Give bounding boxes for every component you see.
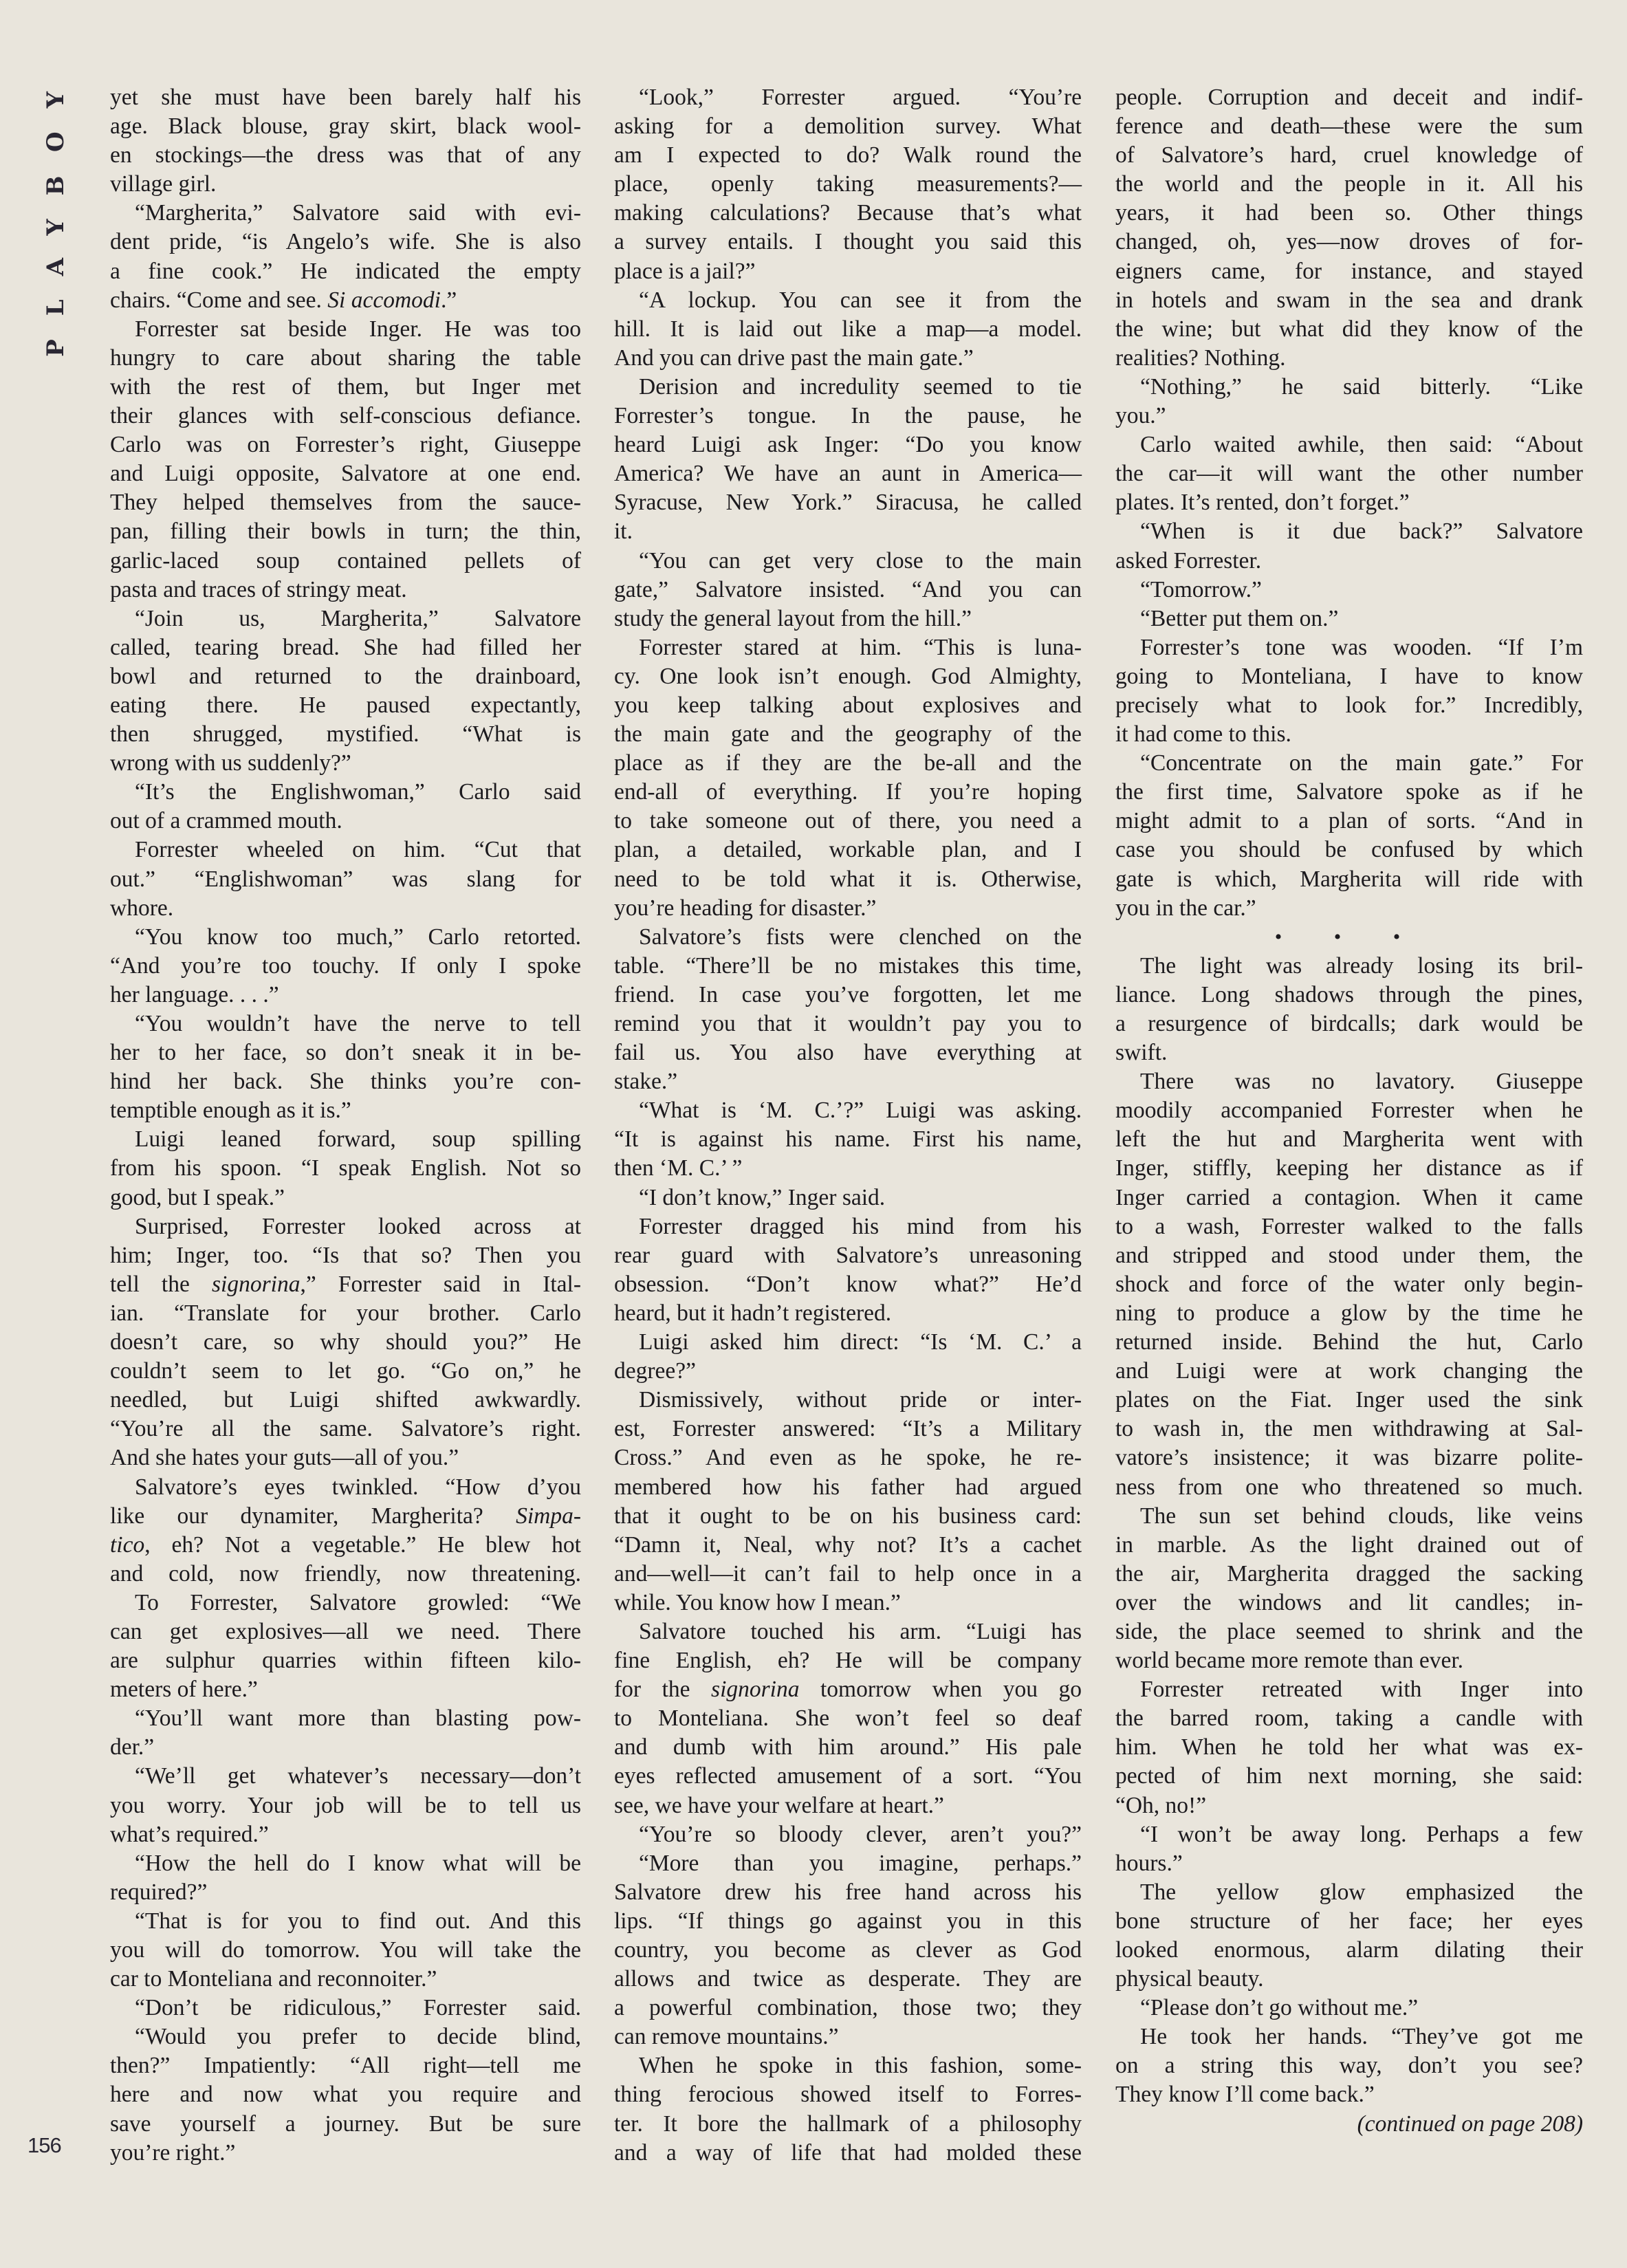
text-line: you worry. Your job will be to tell us [110, 1791, 581, 1820]
text-line: ness from one who threatened so much. [1115, 1473, 1583, 1502]
text-line: Inger carried a contagion. When it came [1115, 1184, 1583, 1212]
text-line: people. Corruption and deceit and indif- [1115, 83, 1583, 112]
text-line: their glances with self-conscious defian… [110, 402, 581, 430]
text-line: while. You know how I mean.” [614, 1589, 1082, 1617]
text-line: the first time, Salvatore spoke as if he [1115, 778, 1583, 807]
text-line: “It’s the Englishwoman,” Carlo said [110, 778, 581, 807]
text-line: “We’ll get whatever’s necessary—don’t [110, 1762, 581, 1791]
text-line: garlic-laced soup contained pellets of [110, 547, 581, 576]
text-line: “And you’re too touchy. If only I spoke [110, 952, 581, 981]
text-line: Forrester dragged his mind from his [614, 1212, 1082, 1241]
text-line: village girl. [110, 170, 581, 199]
text-line: plan, a detailed, workable plan, and I [614, 836, 1082, 864]
text-line: and stripped and stood under them, the [1115, 1241, 1583, 1270]
text-line: And she hates your guts—all of you.” [110, 1443, 581, 1472]
text-line: Dismissively, without pride or inter- [614, 1386, 1082, 1415]
text-line: “It is against his name. First his name, [614, 1125, 1082, 1154]
text-line: physical beauty. [1115, 1965, 1583, 1994]
text-line: heard, but it hadn’t registered. [614, 1299, 1082, 1328]
text-line: Cross.” And even as he spoke, he re- [614, 1443, 1082, 1472]
text-line: Forrester wheeled on him. “Cut that [110, 836, 581, 864]
text-line: asked Forrester. [1115, 547, 1583, 576]
article-column-3: people. Corruption and deceit and indif-… [1115, 83, 1583, 2139]
text-line: place is a jail?” [614, 257, 1082, 286]
text-line: good, but I speak.” [110, 1184, 581, 1212]
text-line: you in the car.” [1115, 894, 1583, 923]
text-line: pan, filling their bowls in turn; the th… [110, 517, 581, 546]
text-line: He took her hands. “They’ve got me [1115, 2022, 1583, 2051]
text-line: place as if they are the be-all and the [614, 749, 1082, 778]
text-line: the barred room, taking a candle with [1115, 1704, 1583, 1733]
text-line: ian. “Translate for your brother. Carlo [110, 1299, 581, 1328]
text-line: hind her back. She thinks you’re con- [110, 1067, 581, 1096]
text-line: and Luigi were at work changing the [1115, 1357, 1583, 1386]
text-line: and cold, now friendly, now threatening. [110, 1560, 581, 1589]
text-line: “That is for you to find out. And this [110, 1907, 581, 1936]
text-line: going to Monteliana, I have to know [1115, 662, 1583, 691]
text-line: him; Inger, too. “Is that so? Then you [110, 1241, 581, 1270]
text-line: degree?” [614, 1357, 1082, 1386]
text-line: then ‘M. C.’ ” [614, 1154, 1082, 1183]
text-line: hill. It is laid out like a map—a model. [614, 315, 1082, 344]
text-line: en stockings—the dress was that of any [110, 141, 581, 170]
text-line: you’re heading for disaster.” [614, 894, 1082, 923]
text-line: “You can get very close to the main [614, 547, 1082, 576]
text-line: “You’re so bloody clever, aren’t you?” [614, 1820, 1082, 1849]
text-line: from his spoon. “I speak English. Not so [110, 1154, 581, 1183]
text-line: doesn’t care, so why should you?” He [110, 1328, 581, 1357]
text-line: “Tomorrow.” [1115, 576, 1583, 604]
text-line: der.” [110, 1733, 581, 1762]
text-line: realities? Nothing. [1115, 344, 1583, 373]
text-line: Luigi asked him direct: “Is ‘M. C.’ a [614, 1328, 1082, 1357]
text-line: a fine cook.” He indicated the empty [110, 257, 581, 286]
text-line: in hotels and swam in the sea and drank [1115, 286, 1583, 315]
text-line: and dumb with him around.” His pale [614, 1733, 1082, 1762]
text-line: shock and force of the water only begin- [1115, 1270, 1583, 1299]
text-line: and—well—it can’t fail to help once in a [614, 1560, 1082, 1589]
text-line: tico, eh? Not a vegetable.” He blew hot [110, 1531, 581, 1560]
text-line: membered how his father had argued [614, 1473, 1082, 1502]
text-line: her language. . . .” [110, 981, 581, 1010]
text-line: “You know too much,” Carlo retorted. [110, 923, 581, 952]
text-line: Forrester retreated with Inger into [1115, 1675, 1583, 1704]
text-line: case you should be confused by which [1115, 836, 1583, 864]
text-line: dent pride, “is Angelo’s wife. She is al… [110, 228, 581, 257]
text-line: stake.” [614, 1067, 1082, 1096]
text-line: world became more remote than ever. [1115, 1646, 1583, 1675]
text-line: needled, but Luigi shifted awkwardly. [110, 1386, 581, 1415]
text-line: tell the signorina,” Forrester said in I… [110, 1270, 581, 1299]
text-line: precisely what to look for.” Incredibly, [1115, 691, 1583, 720]
text-line: temptible enough as it is.” [110, 1096, 581, 1125]
text-line: They know I’ll come back.” [1115, 2080, 1583, 2109]
text-line: it had come to this. [1115, 720, 1583, 749]
text-line: hungry to care about sharing the table [110, 344, 581, 373]
text-line: Derision and incredulity seemed to tie [614, 373, 1082, 402]
text-line: the car—it will want the other number [1115, 459, 1583, 488]
text-line: “Nothing,” he said bitterly. “Like [1115, 373, 1583, 402]
text-line: Carlo waited awhile, then said: “About [1115, 430, 1583, 459]
text-line: asking for a demolition survey. What [614, 112, 1082, 141]
text-line: like our dynamiter, Margherita? Simpa- [110, 1502, 581, 1531]
text-line: “I won’t be away long. Perhaps a few [1115, 1820, 1583, 1849]
article-column-2: “Look,” Forrester argued. “You’reasking … [614, 83, 1082, 2168]
text-line: called, tearing bread. She had filled he… [110, 633, 581, 662]
continued-note: (continued on page 208) [1115, 2110, 1583, 2139]
text-line: The sun set behind clouds, like veins [1115, 1502, 1583, 1531]
text-line: of Salvatore’s hard, cruel knowledge of [1115, 141, 1583, 170]
text-line: need to be told what it is. Otherwise, [614, 865, 1082, 894]
text-line: are sulphur quarries within fifteen kilo… [110, 1646, 581, 1675]
text-line: her to her face, so don’t sneak it in be… [110, 1038, 581, 1067]
text-line: can get explosives—all we need. There [110, 1617, 581, 1646]
text-line: country, you become as clever as God [614, 1936, 1082, 1965]
text-line: required?” [110, 1878, 581, 1907]
text-line: Salvatore’s fists were clenched on the [614, 923, 1082, 952]
text-line: to Monteliana. She won’t feel so deaf [614, 1704, 1082, 1733]
text-line: am I expected to do? Walk round the [614, 141, 1082, 170]
text-line: gate is which, Margherita will ride with [1115, 865, 1583, 894]
text-line: Forrester’s tongue. In the pause, he [614, 402, 1082, 430]
text-line: The yellow glow emphasized the [1115, 1878, 1583, 1907]
text-line: remind you that it wouldn’t pay you to [614, 1010, 1082, 1038]
text-line: Luigi leaned forward, soup spilling [110, 1125, 581, 1154]
text-line: Forrester stared at him. “This is luna- [614, 633, 1082, 662]
text-line: And you can drive past the main gate.” [614, 344, 1082, 373]
text-line: America? We have an aunt in America— [614, 459, 1082, 488]
text-line: it. [614, 517, 1082, 546]
text-line: out.” “Englishwoman” was slang for [110, 865, 581, 894]
text-line: “You wouldn’t have the nerve to tell [110, 1010, 581, 1038]
text-line: to take someone out of there, you need a [614, 807, 1082, 836]
text-line: ning to produce a glow by the time he [1115, 1299, 1583, 1328]
text-line: allows and twice as desperate. They are [614, 1965, 1082, 1994]
text-line: over the windows and lit candles; in- [1115, 1589, 1583, 1617]
text-line: bone structure of her face; her eyes [1115, 1907, 1583, 1936]
text-line: eigners came, for instance, and stayed [1115, 257, 1583, 286]
text-line: “Please don’t go without me.” [1115, 1994, 1583, 2022]
text-line: and a way of life that had molded these [614, 2139, 1082, 2168]
text-line: here and now what you require and [110, 2080, 581, 2109]
text-line: save yourself a journey. But be sure [110, 2110, 581, 2139]
text-line: gate,” Salvatore insisted. “And you can [614, 576, 1082, 604]
text-line: liance. Long shadows through the pines, [1115, 981, 1583, 1010]
text-line: meters of here.” [110, 1675, 581, 1704]
text-line: bowl and returned to the drainboard, [110, 662, 581, 691]
text-line: “When is it due back?” Salvatore [1115, 517, 1583, 546]
text-line: and Luigi opposite, Salvatore at one end… [110, 459, 581, 488]
text-line: “You’ll want more than blasting pow- [110, 1704, 581, 1733]
text-line: Syracuse, New York.” Siracusa, he called [614, 488, 1082, 517]
text-line: what’s required.” [110, 1820, 581, 1849]
text-line: the wine; but what did they know of the [1115, 315, 1583, 344]
magazine-masthead: PLAYBOY [39, 85, 73, 340]
text-line: table. “There’ll be no mistakes this tim… [614, 952, 1082, 981]
text-line: left the hut and Margherita went with [1115, 1125, 1583, 1154]
text-line: see, we have your welfare at heart.” [614, 1791, 1082, 1820]
text-line: out of a crammed mouth. [110, 807, 581, 836]
text-line: changed, oh, yes—now droves of for- [1115, 228, 1583, 257]
text-line: They helped themselves from the sauce- [110, 488, 581, 517]
masthead-text: PLAYBOY [42, 68, 69, 357]
text-line: “Don’t be ridiculous,” Forrester said. [110, 1994, 581, 2022]
text-line: the air, Margherita dragged the sacking [1115, 1560, 1583, 1589]
text-line: fine English, eh? He will be company [614, 1646, 1082, 1675]
text-line: est, Forrester answered: “It’s a Militar… [614, 1415, 1082, 1443]
text-line: can remove mountains.” [614, 2022, 1082, 2051]
text-line: couldn’t seem to let go. “Go on,” he [110, 1357, 581, 1386]
text-line: Salvatore touched his arm. “Luigi has [614, 1617, 1082, 1646]
text-line: with the rest of them, but Inger met [110, 373, 581, 402]
text-line: whore. [110, 894, 581, 923]
text-line: “I don’t know,” Inger said. [614, 1184, 1082, 1212]
text-line: thing ferocious showed itself to Forres- [614, 2080, 1082, 2109]
text-line: plates on the Fiat. Inger used the sink [1115, 1386, 1583, 1415]
text-line: that it ought to be on his business card… [614, 1502, 1082, 1531]
text-line: Surprised, Forrester looked across at [110, 1212, 581, 1241]
text-line: Forrester sat beside Inger. He was too [110, 315, 581, 344]
text-line: cy. One look isn’t enough. God Almighty, [614, 662, 1082, 691]
text-line: yet she must have been barely half his [110, 83, 581, 112]
text-line: then?” Impatiently: “All right—tell me [110, 2051, 581, 2080]
text-line: returned inside. Behind the hut, Carlo [1115, 1328, 1583, 1357]
text-line: plates. It’s rented, don’t forget.” [1115, 488, 1583, 517]
text-line: Carlo was on Forrester’s right, Giuseppe [110, 430, 581, 459]
text-line: you.” [1115, 402, 1583, 430]
text-line: “A lockup. You can see it from the [614, 286, 1082, 315]
text-line: rear guard with Salvatore’s unreasoning [614, 1241, 1082, 1270]
text-line: on a string this way, don’t you see? [1115, 2051, 1583, 2080]
text-line: fail us. You also have everything at [614, 1038, 1082, 1067]
text-line: age. Black blouse, gray skirt, black woo… [110, 112, 581, 141]
text-line: wrong with us suddenly?” [110, 749, 581, 778]
text-line: “Margherita,” Salvatore said with evi- [110, 199, 581, 228]
text-line: pected of him next morning, she said: [1115, 1762, 1583, 1791]
text-line: chairs. “Come and see. Si accomodi.” [110, 286, 581, 315]
text-line: lips. “If things go against you in this [614, 1907, 1082, 1936]
text-line: years, it had been so. Other things [1115, 199, 1583, 228]
text-line: The light was already losing its bril- [1115, 952, 1583, 981]
page-number: 156 [28, 2133, 61, 2158]
text-line: “Would you prefer to decide blind, [110, 2022, 581, 2051]
text-line: obsession. “Don’t know what?” He’d [614, 1270, 1082, 1299]
text-line: end-all of everything. If you’re hoping [614, 778, 1082, 807]
text-line: “Damn it, Neal, why not? It’s a cachet [614, 1531, 1082, 1560]
text-line: “Join us, Margherita,” Salvatore [110, 604, 581, 633]
text-line: swift. [1115, 1038, 1583, 1067]
text-line: Inger, stiffly, keeping her distance as … [1115, 1154, 1583, 1183]
text-line: then shrugged, mystified. “What is [110, 720, 581, 749]
text-line: “Look,” Forrester argued. “You’re [614, 83, 1082, 112]
text-line: Salvatore’s eyes twinkled. “How d’you [110, 1473, 581, 1502]
text-line: There was no lavatory. Giuseppe [1115, 1067, 1583, 1096]
section-separator: • • • [1115, 923, 1583, 952]
text-line: for the signorina tomorrow when you go [614, 1675, 1082, 1704]
text-line: study the general layout from the hill.” [614, 604, 1082, 633]
text-line: “More than you imagine, perhaps.” [614, 1849, 1082, 1878]
text-line: moodily accompanied Forrester when he [1115, 1096, 1583, 1125]
text-line: a powerful combination, those two; they [614, 1994, 1082, 2022]
text-line: pasta and traces of stringy meat. [110, 576, 581, 604]
text-line: “You’re all the same. Salvatore’s right. [110, 1415, 581, 1443]
text-line: you will do tomorrow. You will take the [110, 1936, 581, 1965]
text-line: place, openly taking measurements?— [614, 170, 1082, 199]
text-line: heard Luigi ask Inger: “Do you know [614, 430, 1082, 459]
text-line: “Oh, no!” [1115, 1791, 1583, 1820]
text-line: “What is ‘M. C.’?” Luigi was asking. [614, 1096, 1082, 1125]
text-line: friend. In case you’ve forgotten, let me [614, 981, 1082, 1010]
text-line: hours.” [1115, 1849, 1583, 1878]
text-line: you keep talking about explosives and [614, 691, 1082, 720]
text-line: Forrester’s tone was wooden. “If I’m [1115, 633, 1583, 662]
text-line: vatore’s insistence; it was bizarre poli… [1115, 1443, 1583, 1472]
text-line: car to Monteliana and reconnoiter.” [110, 1965, 581, 1994]
text-line: eating there. He paused expectantly, [110, 691, 581, 720]
text-line: “How the hell do I know what will be [110, 1849, 581, 1878]
text-line: in marble. As the light drained out of [1115, 1531, 1583, 1560]
text-line: to a wash, Forrester walked to the falls [1115, 1212, 1583, 1241]
text-line: might admit to a plan of sorts. “And in [1115, 807, 1583, 836]
text-line: to wash in, the men withdrawing at Sal- [1115, 1415, 1583, 1443]
text-line: the main gate and the geography of the [614, 720, 1082, 749]
text-line: a resurgence of birdcalls; dark would be [1115, 1010, 1583, 1038]
text-line: looked enormous, alarm dilating their [1115, 1936, 1583, 1965]
text-line: eyes reflected amusement of a sort. “You [614, 1762, 1082, 1791]
text-line: you’re right.” [110, 2139, 581, 2168]
text-line: the world and the people in it. All his [1115, 170, 1583, 199]
text-line: Salvatore drew his free hand across his [614, 1878, 1082, 1907]
text-line: When he spoke in this fashion, some- [614, 2051, 1082, 2080]
text-line: making calculations? Because that’s what [614, 199, 1082, 228]
text-line: “Concentrate on the main gate.” For [1115, 749, 1583, 778]
text-line: “Better put them on.” [1115, 604, 1583, 633]
article-column-1: yet she must have been barely half hisag… [110, 83, 581, 2168]
text-line: To Forrester, Salvatore growled: “We [110, 1589, 581, 1617]
text-line: a survey entails. I thought you said thi… [614, 228, 1082, 257]
text-line: ter. It bore the hallmark of a philosoph… [614, 2110, 1082, 2139]
text-line: side, the place seemed to shrink and the [1115, 1617, 1583, 1646]
text-line: him. When he told her what was ex- [1115, 1733, 1583, 1762]
text-line: ference and death—these were the sum [1115, 112, 1583, 141]
